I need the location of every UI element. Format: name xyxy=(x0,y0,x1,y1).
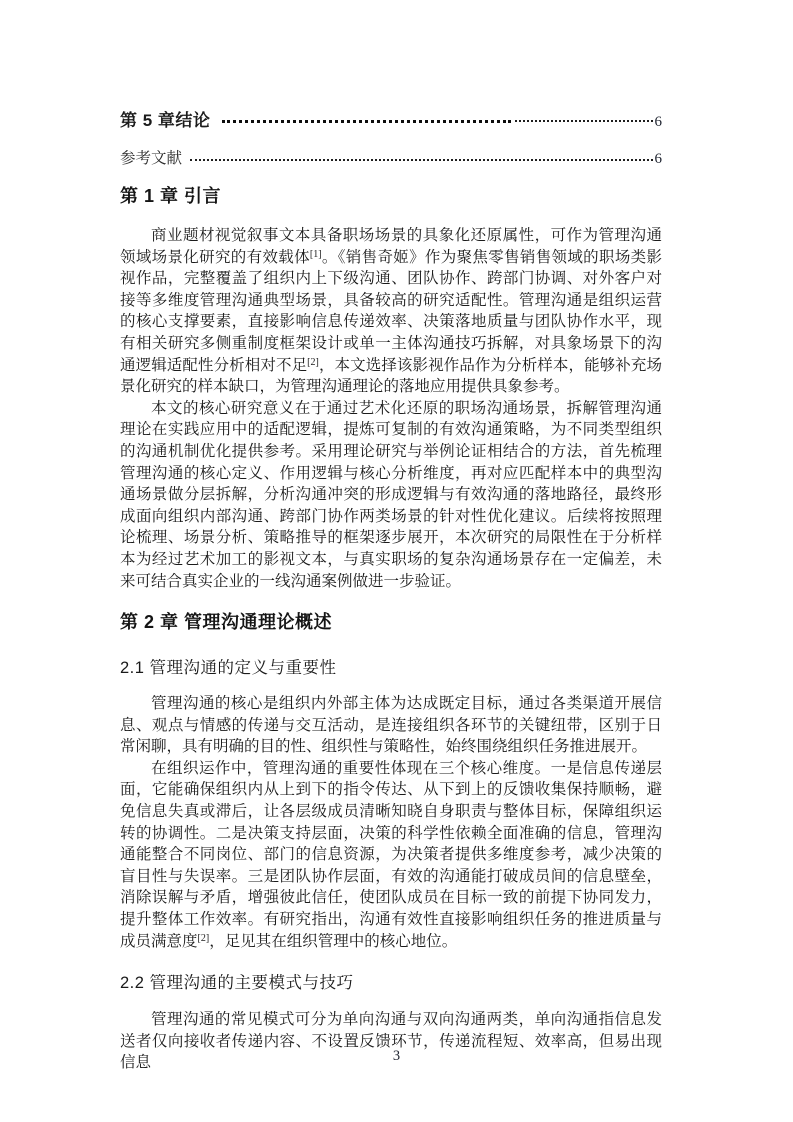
toc-entry-references: 参考文献 6 xyxy=(120,146,662,168)
toc-dot-leader xyxy=(190,158,652,161)
toc-dot-leader-thin xyxy=(515,119,652,122)
citation-superscript: [1] xyxy=(310,249,322,260)
chapter-1-heading: 第 1 章 引言 xyxy=(120,182,662,208)
toc-entry-page-number: 6 xyxy=(655,114,663,131)
toc-entry-label: 第 5 章结论 xyxy=(120,106,210,131)
paragraph-intro-1: 商业题材视觉叙事文本具备职场场景的具象化还原属性，可作为管理沟通领域场景化研究的… xyxy=(120,225,662,398)
section-2-2-heading: 2.2 管理沟通的主要模式与技巧 xyxy=(120,969,662,993)
footer-page-number: 3 xyxy=(0,1048,793,1065)
paragraph-importance: 在组织运作中，管理沟通的重要性体现在三个核心维度。一是信息传递层面，它能确保组织… xyxy=(120,758,662,952)
paragraph-definition: 管理沟通的核心是组织内外部主体为达成既定目标，通过各类渠道开展信息、观点与情感的… xyxy=(120,693,662,758)
toc-dot-leader-bold xyxy=(222,119,511,123)
toc-entry-page-number: 6 xyxy=(655,151,663,168)
toc-entry-label: 参考文献 xyxy=(120,146,182,168)
section-2-1-heading: 2.1 管理沟通的定义与重要性 xyxy=(120,654,662,678)
citation-superscript: [2] xyxy=(198,933,210,944)
paragraph-intro-2: 本文的核心研究意义在于通过艺术化还原的职场沟通场景，拆解管理沟通理论在实践应用中… xyxy=(120,398,662,592)
chapter-2-heading: 第 2 章 管理沟通理论概述 xyxy=(120,608,662,634)
toc-entry-chapter5: 第 5 章结论 6 xyxy=(120,106,662,131)
citation-superscript: [2] xyxy=(307,357,319,368)
document-page: 第 5 章结论 6 参考文献 6 第 1 章 引言 商业题材视觉叙事文本具备职场… xyxy=(0,0,793,1122)
